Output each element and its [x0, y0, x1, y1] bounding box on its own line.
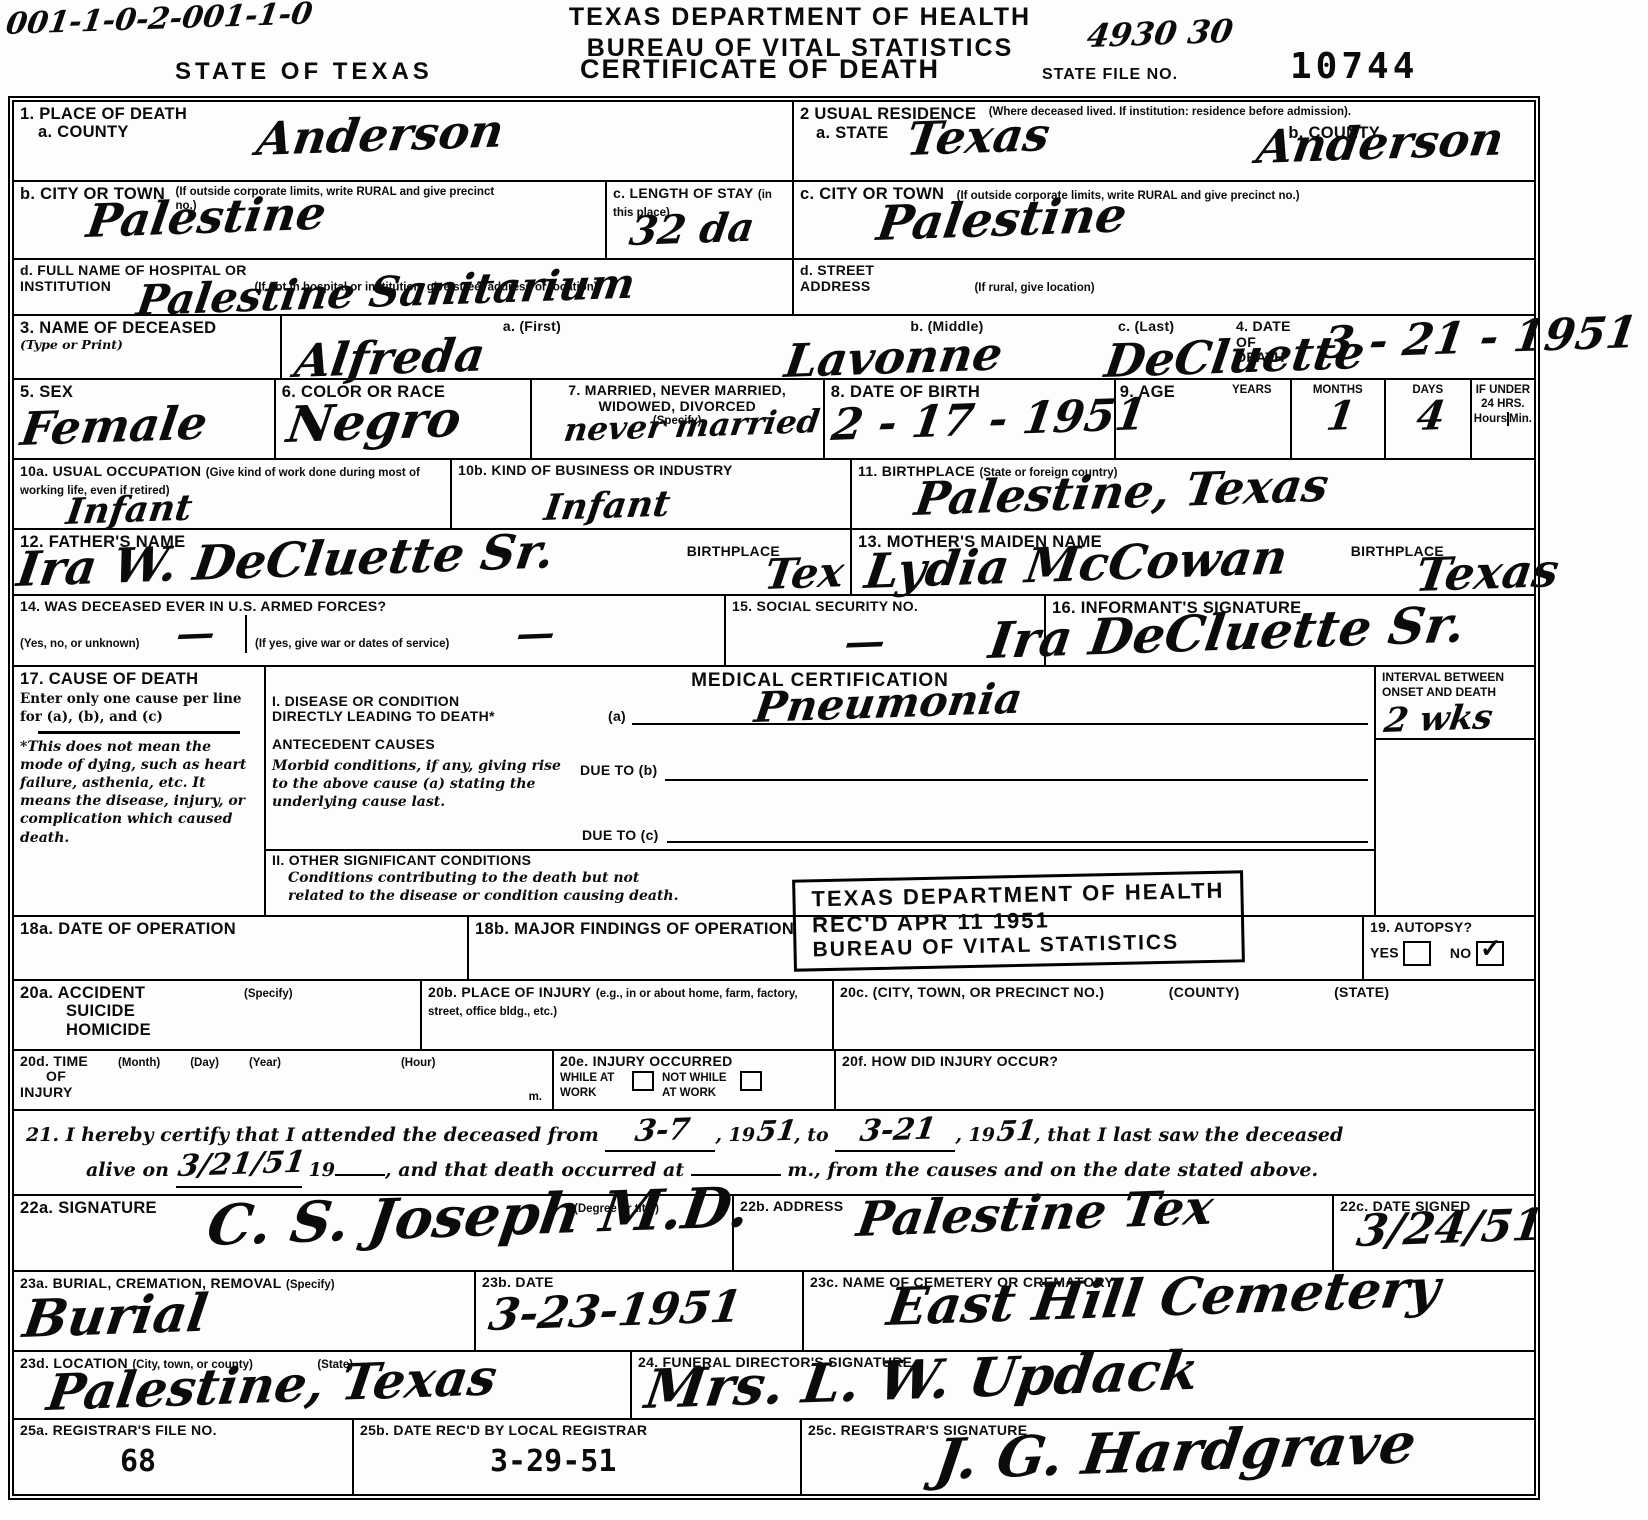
- cause-of-death-label: 17. CAUSE OF DEATH: [20, 670, 258, 688]
- sidebar-divider: [38, 731, 240, 734]
- age-years-cell: YEARS: [1214, 380, 1290, 458]
- burial-date-handwriting: 3-23-1951: [486, 1285, 744, 1338]
- autopsy-no-checkbox: [1476, 941, 1504, 966]
- cert-alive-date-handwriting: 3/21/51: [176, 1148, 307, 1182]
- field-registrar-file-no: 25a. REGISTRAR'S FILE NO. 68: [14, 1420, 354, 1494]
- field-burial-type: 23a. BURIAL, CREMATION, REMOVAL (Specify…: [14, 1272, 476, 1350]
- field-residence-city: c. CITY OR TOWN (If outside corporate li…: [794, 182, 1534, 260]
- registrar-file-value: 68: [120, 1444, 346, 1479]
- injury-day-note: (Day): [190, 1056, 219, 1101]
- field-city-and-stay: b. CITY OR TOWN (If outside corporate li…: [14, 182, 792, 260]
- field-first-name: a. (First) Alfreda: [282, 316, 782, 378]
- row-accident-injury-place: 20a. ACCIDENT SUICIDE HOMICIDE (Specify)…: [14, 981, 1534, 1051]
- row-physician-signature: 22a. SIGNATURE (Degree or title) C. S. J…: [14, 1196, 1534, 1272]
- handwritten-file-code: 001-1-0-2-001-1-0: [4, 0, 314, 40]
- row-sex-race-age: 5. SEX Female 6. COLOR OR RACE Negro 7. …: [14, 380, 1534, 460]
- cert-from-date-handwriting: 3-7: [633, 1115, 692, 1147]
- injury-hour-note: (Hour): [401, 1056, 436, 1101]
- armed-forces-dash1: —: [174, 613, 218, 652]
- cert-t7: 19: [309, 1159, 335, 1181]
- handwritten-batch-number: 4930 30: [1085, 15, 1235, 52]
- accident-label-line2: SUICIDE: [66, 1002, 414, 1020]
- field-funeral-director: 24. FUNERAL DIRECTOR'S SIGNATURE Mrs. L.…: [632, 1352, 1534, 1418]
- field-medical-certification: MEDICAL CERTIFICATION I. DISEASE OR COND…: [266, 667, 1376, 915]
- morbid-note: Morbid conditions, if any, giving rise t…: [272, 757, 572, 812]
- autopsy-yes-checkbox: [1403, 941, 1431, 966]
- field-burial-location: 23d. LOCATION (City, town, or county) (S…: [14, 1352, 632, 1418]
- marital-handwriting: never married: [562, 405, 822, 446]
- field-age: 9. AGE YEARS MONTHS 1 DAYS 4 I: [1116, 380, 1534, 458]
- middle-name-handwriting: Lavonne: [782, 330, 1005, 384]
- field-street-address: d. STREET ADDRESS (If rural, give locati…: [794, 260, 1534, 314]
- received-stamp: TEXAS DEPARTMENT OF HEALTH REC'D APR 11 …: [792, 870, 1245, 971]
- date-of-birth-handwriting: 2 - 17 - 1951: [829, 393, 1149, 448]
- state-file-no-value: 10744: [1290, 46, 1418, 87]
- date-of-death-handwriting: 3 - 21 - 1951: [1320, 311, 1640, 366]
- age-years-label: YEARS: [1216, 383, 1288, 397]
- armed-forces-note1: (Yes, no, or unknown): [20, 638, 139, 650]
- father-birthplace-handwriting: Tex: [762, 551, 847, 596]
- certificate-title: CERTIFICATE OF DEATH: [580, 54, 940, 85]
- row-location-funeral-director: 23d. LOCATION (City, town, or county) (S…: [14, 1352, 1534, 1420]
- time-of-injury-label3: INJURY: [20, 1085, 88, 1101]
- certification-statement: 21. I hereby certify that I attended the…: [14, 1111, 1534, 1194]
- due-to-c-label: DUE TO (c): [582, 828, 659, 844]
- residence-state-label: a. STATE: [816, 124, 888, 142]
- cert-t3: , to: [794, 1124, 829, 1146]
- cert-from-year-handwriting: 51: [755, 1116, 798, 1145]
- residence-county-handwriting: Anderson: [1254, 115, 1507, 170]
- accident-label-line1: 20a. ACCIDENT: [20, 984, 414, 1002]
- date-signed-handwriting: 3/24/51: [1354, 1203, 1546, 1253]
- age-label-cell: 9. AGE: [1116, 380, 1214, 458]
- field-last-name: c. (Last) DeCluette: [1112, 316, 1230, 378]
- signature-label: 22a. SIGNATURE: [20, 1199, 157, 1217]
- time-of-injury-label2: OF: [46, 1069, 88, 1085]
- field-armed-forces: 14. WAS DECEASED EVER IN U.S. ARMED FORC…: [14, 596, 726, 665]
- field-hospital-name: d. FULL NAME OF HOSPITAL OR INSTITUTION …: [14, 260, 792, 314]
- disease-label-line2: DIRECTLY LEADING TO DEATH*: [272, 709, 602, 725]
- mothers-name-handwriting: Lydia McCowan: [862, 533, 1291, 596]
- field-physician-address: 22b. ADDRESS Palestine Tex: [734, 1196, 1334, 1270]
- autopsy-yes-label: YES: [1370, 945, 1399, 961]
- section-place-of-death: 1. PLACE OF DEATH a. COUNTY Anderson b. …: [14, 102, 794, 314]
- field-injury-city-county-state: 20c. (CITY, TOWN, OR PRECINCT NO.) (COUN…: [834, 981, 1534, 1049]
- interval-label: INTERVAL BETWEEN ONSET AND DEATH: [1382, 670, 1528, 700]
- date-recd-value: 3-29-51: [490, 1444, 794, 1479]
- mother-birthplace-handwriting: Texas: [1413, 547, 1562, 598]
- age-days-value: 4: [1414, 396, 1448, 437]
- row-parents: 12. FATHER'S NAME BIRTHPLACE Ira W. DeCl…: [14, 530, 1534, 596]
- registrar-signature-handwriting: J. G. Hardgrave: [932, 1415, 1419, 1488]
- injury-state-label: (STATE): [1334, 984, 1389, 1000]
- injury-occurred-label: 20e. INJURY OCCURRED: [560, 1054, 828, 1070]
- cause-note2: *This does not mean the mode of dying, s…: [20, 738, 258, 847]
- field-color-or-race: 6. COLOR OR RACE Negro: [276, 380, 532, 458]
- field-interval-onset-death: INTERVAL BETWEEN ONSET AND DEATH 2 wks: [1376, 667, 1534, 915]
- stay-label: c. LENGTH OF STAY: [613, 185, 753, 201]
- form-border: 1. PLACE OF DEATH a. COUNTY Anderson b. …: [8, 96, 1540, 1500]
- business-label: 10b. KIND OF BUSINESS OR INDUSTRY: [458, 463, 844, 479]
- how-injury-label: 20f. HOW DID INJURY OCCUR?: [842, 1054, 1528, 1070]
- field-county-of-death: 1. PLACE OF DEATH a. COUNTY Anderson: [14, 102, 792, 182]
- field-injury-occurred: 20e. INJURY OCCURRED WHILE AT WORK NOT W…: [554, 1051, 836, 1109]
- date-of-operation-label: 18a. DATE OF OPERATION: [20, 920, 461, 938]
- field-name-label: 3. NAME OF DECEASED (Type or Print): [14, 316, 282, 378]
- first-name-handwriting: Alfreda: [292, 331, 488, 384]
- field-date-of-operation: 18a. DATE OF OPERATION: [14, 917, 469, 979]
- due-to-b-label: DUE TO (b): [580, 763, 657, 779]
- field-marital-status: 7. MARRIED, NEVER MARRIED, WIDOWED, DIVO…: [532, 380, 825, 458]
- injury-m-note: m.: [529, 1090, 542, 1104]
- cause-note1: Enter only one cause per line for (a), (…: [20, 690, 258, 726]
- autopsy-no-label: NO: [1450, 945, 1472, 961]
- injury-county-label: (COUNTY): [1169, 984, 1240, 1000]
- injury-month-note: (Month): [118, 1056, 160, 1101]
- field-how-injury-occurred: 20f. HOW DID INJURY OCCUR?: [836, 1051, 1534, 1109]
- antecedent-label: ANTECEDENT CAUSES: [272, 737, 1368, 753]
- cert-t4: , 19: [955, 1124, 995, 1146]
- field-accident-suicide-homicide: 20a. ACCIDENT SUICIDE HOMICIDE (Specify): [14, 981, 422, 1049]
- other-conditions-note: Conditions contributing to the death but…: [288, 869, 688, 905]
- father-birthplace-label: BIRTHPLACE: [687, 544, 780, 560]
- physician-address-handwriting: Palestine Tex: [854, 1183, 1216, 1243]
- row-time-of-injury: 20d. TIME OF INJURY (Month) (Day) (Year)…: [14, 1051, 1534, 1111]
- city-value-handwriting: Palestine: [84, 190, 329, 244]
- business-handwriting: Infant: [542, 486, 672, 526]
- cert-t2: , 19: [715, 1124, 755, 1146]
- date-recd-label: 25b. DATE REC'D BY LOCAL REGISTRAR: [360, 1423, 794, 1439]
- injury-year-note: (Year): [249, 1056, 281, 1101]
- department-line1: TEXAS DEPARTMENT OF HEALTH: [520, 2, 1080, 33]
- other-conditions-label: II. OTHER SIGNIFICANT CONDITIONS: [272, 853, 1368, 869]
- field-place-of-injury: 20b. PLACE OF INJURY (e.g., in or about …: [422, 981, 834, 1049]
- field-kind-of-business: 10b. KIND OF BUSINESS OR INDUSTRY Infant: [452, 460, 852, 528]
- state-file-no-label: STATE FILE NO.: [1042, 66, 1178, 84]
- row-physician-certification: 21. I hereby certify that I attended the…: [14, 1111, 1534, 1196]
- disease-a-tag: (a): [608, 709, 626, 725]
- cert-to-year-handwriting: 51: [995, 1116, 1038, 1145]
- age-under24-cell: IF UNDER 24 HRS. Hours Min.: [1472, 380, 1534, 458]
- cert-no: 21.: [26, 1124, 59, 1146]
- burial-note: (Specify): [286, 1279, 335, 1291]
- last-name-handwriting: DeCluette: [1102, 329, 1368, 384]
- residence-state-handwriting: Texas: [904, 111, 1053, 162]
- row-operation-autopsy: 18a. DATE OF OPERATION 18b. MAJOR FINDIN…: [14, 917, 1534, 981]
- registrar-file-label: 25a. REGISTRAR'S FILE NO.: [20, 1423, 346, 1439]
- location-handwriting: Palestine, Texas: [44, 1352, 500, 1418]
- informant-signature-handwriting: Ira DeCluette Sr.: [986, 600, 1468, 666]
- field-usual-occupation: 10a. USUAL OCCUPATION (Give kind of work…: [14, 460, 452, 528]
- age-hours-label: Hours: [1474, 412, 1509, 426]
- name-type-note: (Type or Print): [20, 337, 274, 353]
- race-handwriting: Negro: [284, 394, 464, 450]
- row-place-and-residence: 1. PLACE OF DEATH a. COUNTY Anderson b. …: [14, 102, 1534, 316]
- cert-t6: alive on: [86, 1159, 169, 1181]
- interval-value-handwriting: 2 wks: [1382, 700, 1495, 738]
- row-medical-certification: 17. CAUSE OF DEATH Enter only one cause …: [14, 667, 1534, 917]
- row-registrar: 25a. REGISTRAR'S FILE NO. 68 25b. DATE R…: [14, 1420, 1534, 1494]
- ssn-dash: —: [842, 621, 888, 662]
- field-burial-date: 23b. DATE 3-23-1951: [476, 1272, 804, 1350]
- birthplace-handwriting: Palestine, Texas: [912, 462, 1331, 522]
- section-usual-residence: 2 USUAL RESIDENCE (Where deceased lived.…: [794, 102, 1534, 314]
- age-days-cell: DAYS 4: [1386, 380, 1470, 458]
- while-at-work-label: WHILE AT WORK: [560, 1071, 624, 1100]
- injury-city-label: 20c. (CITY, TOWN, OR PRECINCT NO.): [840, 984, 1104, 1000]
- field-cemetery-name: 23c. NAME OF CEMETERY OR CREMATORY East …: [804, 1272, 1534, 1350]
- death-certificate-scan: 001-1-0-2-001-1-0 TEXAS DEPARTMENT OF HE…: [0, 0, 1648, 1520]
- age-min-label: Min.: [1509, 412, 1532, 426]
- armed-forces-note2: (If yes, give war or dates of service): [255, 638, 449, 650]
- field-sex: 5. SEX Female: [14, 380, 276, 458]
- field-mothers-maiden-name: 13. MOTHER'S MAIDEN NAME BIRTHPLACE Lydi…: [852, 530, 1534, 594]
- field-middle-name: b. (Middle) Lavonne: [782, 316, 1112, 378]
- place-of-injury-label: 20b. PLACE OF INJURY: [428, 984, 591, 1000]
- accident-specify-note: (Specify): [244, 987, 293, 1001]
- age-under24-label: IF UNDER 24 HRS.: [1474, 383, 1532, 412]
- disease-value-handwriting: Pneumonia: [752, 678, 1025, 729]
- row-armedforces-ssn-informant: 14. WAS DECEASED EVER IN U.S. ARMED FORC…: [14, 596, 1534, 667]
- field-autopsy: 19. AUTOPSY? YES NO: [1364, 917, 1534, 979]
- time-of-injury-label1: 20d. TIME: [20, 1054, 88, 1070]
- certificate-header: 001-1-0-2-001-1-0 TEXAS DEPARTMENT OF HE…: [0, 0, 1648, 96]
- field-length-of-stay: c. LENGTH OF STAY (in this place) 32 da: [607, 182, 792, 258]
- cert-t9: m., from the causes and on the date stat…: [787, 1159, 1318, 1181]
- cert-t5: , that I last saw the deceased: [1034, 1124, 1343, 1146]
- field-residence-state-county: 2 USUAL RESIDENCE (Where deceased lived.…: [794, 102, 1534, 182]
- stay-value-handwriting: 32 da: [627, 208, 757, 252]
- state-heading: STATE OF TEXAS: [175, 58, 433, 86]
- physician-signature-handwriting: C. S. Joseph M.D.: [204, 1179, 753, 1254]
- row-name-of-deceased: 3. NAME OF DECEASED (Type or Print) a. (…: [14, 316, 1534, 380]
- not-while-at-work-label: NOT WHILE AT WORK: [662, 1071, 732, 1100]
- armed-forces-dash2: —: [514, 613, 558, 652]
- autopsy-label: 19. AUTOPSY?: [1370, 920, 1528, 936]
- ssn-label: 15. SOCIAL SECURITY NO.: [732, 599, 1038, 615]
- age-months-value: 1: [1324, 396, 1358, 437]
- field-fathers-name: 12. FATHER'S NAME BIRTHPLACE Ira W. DeCl…: [14, 530, 852, 594]
- row-occupation-birthplace: 10a. USUAL OCCUPATION (Give kind of work…: [14, 460, 1534, 530]
- not-while-at-work-checkbox: [740, 1071, 762, 1091]
- county-value-handwriting: Anderson: [254, 107, 507, 162]
- residence-city-handwriting: Palestine: [874, 191, 1130, 248]
- age-months-cell: MONTHS 1: [1292, 380, 1384, 458]
- field-date-of-birth: 8. DATE OF BIRTH 2 - 17 - 1951: [825, 380, 1116, 458]
- row-burial: 23a. BURIAL, CREMATION, REMOVAL (Specify…: [14, 1272, 1534, 1352]
- field-cause-of-death-sidebar: 17. CAUSE OF DEATH Enter only one cause …: [14, 667, 266, 915]
- while-at-work-checkbox: [632, 1071, 654, 1091]
- field-city-of-death: b. CITY OR TOWN (If outside corporate li…: [14, 182, 607, 258]
- sex-handwriting: Female: [18, 400, 210, 452]
- street-address-note: (If rural, give location): [974, 282, 1094, 294]
- burial-handwriting: Burial: [20, 1287, 211, 1345]
- field-time-of-injury: 20d. TIME OF INJURY (Month) (Day) (Year)…: [14, 1051, 554, 1109]
- field-registrar-signature: 25c. REGISTRAR'S SIGNATURE J. G. Hardgra…: [802, 1420, 1534, 1494]
- field-birthplace: 11. BIRTHPLACE (State or foreign country…: [852, 460, 1534, 528]
- occupation-handwriting: Infant: [64, 490, 194, 530]
- accident-label-line3: HOMICIDE: [66, 1021, 414, 1039]
- field-physician-signature: 22a. SIGNATURE (Degree or title) C. S. J…: [14, 1196, 734, 1270]
- field-informant-signature: 16. INFORMANT'S SIGNATURE Ira DeCluette …: [1046, 596, 1534, 665]
- cert-to-date-handwriting: 3-21: [858, 1114, 938, 1147]
- street-address-label: d. STREET ADDRESS: [800, 263, 910, 294]
- occupation-label: 10a. USUAL OCCUPATION: [20, 463, 201, 479]
- field-date-recd-registrar: 25b. DATE REC'D BY LOCAL REGISTRAR 3-29-…: [354, 1420, 802, 1494]
- armed-forces-label: 14. WAS DECEASED EVER IN U.S. ARMED FORC…: [20, 599, 718, 615]
- cert-t1: I hereby certify that I attended the dec…: [66, 1124, 599, 1146]
- disease-label-line1: I. DISEASE OR CONDITION: [272, 694, 602, 710]
